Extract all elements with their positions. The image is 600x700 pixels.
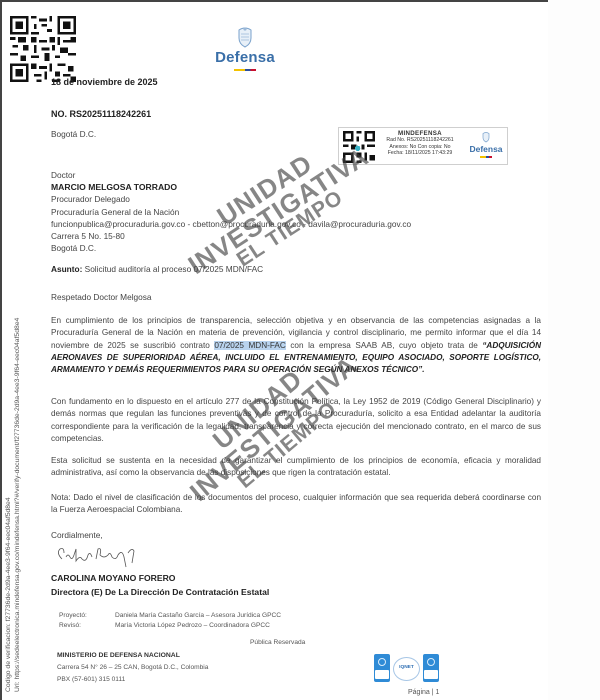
page-number: Página | 1 xyxy=(408,689,439,696)
subject-label: Asunto: xyxy=(51,264,82,274)
greeting: Respetado Doctor Melgosa xyxy=(51,292,152,302)
logo-text: Defensa xyxy=(214,49,276,66)
stamp-rad-number: Rad No. RS20251118242261 xyxy=(377,137,463,143)
closing: Cordialmente, xyxy=(51,530,103,540)
footer-block: MINISTERIO DE DEFENSA NACIONAL Carrera 5… xyxy=(57,650,208,685)
footer-address: Carrera 54 N° 26 – 25 CAN, Bogotá D.C., … xyxy=(57,662,208,674)
review-block: Proyectó: Daniela María Castaño García –… xyxy=(59,611,281,631)
subject-text: Solicitud auditoría al proceso 07/2025 M… xyxy=(85,264,263,274)
recipient-position: Procurador Delegado xyxy=(51,193,411,205)
footer-ministry: MINISTERIO DE DEFENSA NACIONAL xyxy=(57,650,208,662)
stamp-qr-icon xyxy=(343,131,375,163)
icontec-badge-icon xyxy=(423,654,439,682)
handwritten-signature xyxy=(52,545,142,569)
subject-line: Asunto: Solicitud auditoría al proceso 0… xyxy=(51,264,263,274)
body-paragraph-1: En cumplimiento de los principios de tra… xyxy=(51,315,541,376)
flag-stripe xyxy=(234,69,256,71)
recipient-block: Doctor MARCIO MELGOSA TORRADO Procurador… xyxy=(51,169,411,254)
stamp-flag-stripe xyxy=(480,156,492,158)
radicado-number: NO. RS20251118242261 xyxy=(51,109,151,119)
defensa-logo: Defensa xyxy=(214,26,276,71)
coat-of-arms-icon xyxy=(481,131,491,143)
stamp-date: Fecha: 18/11/2025 17:43:29 xyxy=(377,150,463,156)
qr-code-icon xyxy=(10,16,76,82)
recipient-city: Bogotá D.C. xyxy=(51,242,411,254)
filing-stamp: MINDEFENSA Rad No. RS20251118242261 Anex… xyxy=(338,127,508,165)
stamp-logo-text: Defensa xyxy=(467,144,505,154)
window-left-border xyxy=(0,0,2,700)
document-date: 18 de noviembre de 2025 xyxy=(51,77,158,87)
verification-url[interactable]: Url: https://sedeelectronica.mindefensa.… xyxy=(13,172,22,692)
selected-contract-number[interactable]: 07/2025 MDN-FAC xyxy=(214,341,285,350)
origin-city: Bogotá D.C. xyxy=(51,129,96,139)
certification-badges: IQNET xyxy=(372,654,442,686)
verification-text: Codigo de verificacion: f27736de-2d9a-4e… xyxy=(4,172,22,692)
recipient-name: MARCIO MELGOSA TORRADO xyxy=(51,181,411,193)
recipient-title: Doctor xyxy=(51,169,411,181)
recipient-emails: funcionpublica@procuraduria.gov.co - cbe… xyxy=(51,218,411,230)
signer-name: CAROLINA MOYANO FORERO xyxy=(51,572,269,586)
review-row: Proyectó: Daniela María Castaño García –… xyxy=(59,611,281,621)
signer-block: CAROLINA MOYANO FORERO Directora (E) De … xyxy=(51,572,269,599)
body-paragraph-note: Nota: Dado el nivel de clasificación de … xyxy=(51,492,541,517)
viewer-background xyxy=(548,0,600,700)
document-page: Defensa 18 de noviembre de 2025 NO. RS20… xyxy=(2,2,548,700)
review-row: Revisó: María Victoria López Pedrozo – C… xyxy=(59,621,281,631)
recipient-entity: Procuraduría General de la Nación xyxy=(51,206,411,218)
body-paragraph-3: Esta solicitud se sustenta en la necesid… xyxy=(51,455,541,480)
coat-of-arms-icon xyxy=(235,26,255,48)
stamp-logo: Defensa xyxy=(467,131,505,158)
classification-label: Pública Reservada xyxy=(250,639,305,646)
body-paragraph-2: Con fundamento en lo dispuesto en el art… xyxy=(51,396,541,445)
verification-code: Codigo de verificacion: f27736de-2d9a-4e… xyxy=(4,172,13,692)
icontec-badge-icon xyxy=(374,654,390,682)
signer-role: Directora (E) De La Dirección De Contrat… xyxy=(51,586,269,600)
footer-phone: PBX (57-601) 315 0111 xyxy=(57,674,208,686)
iqnet-badge-icon: IQNET xyxy=(393,657,420,681)
recipient-address: Carrera 5 No. 15-80 xyxy=(51,230,411,242)
